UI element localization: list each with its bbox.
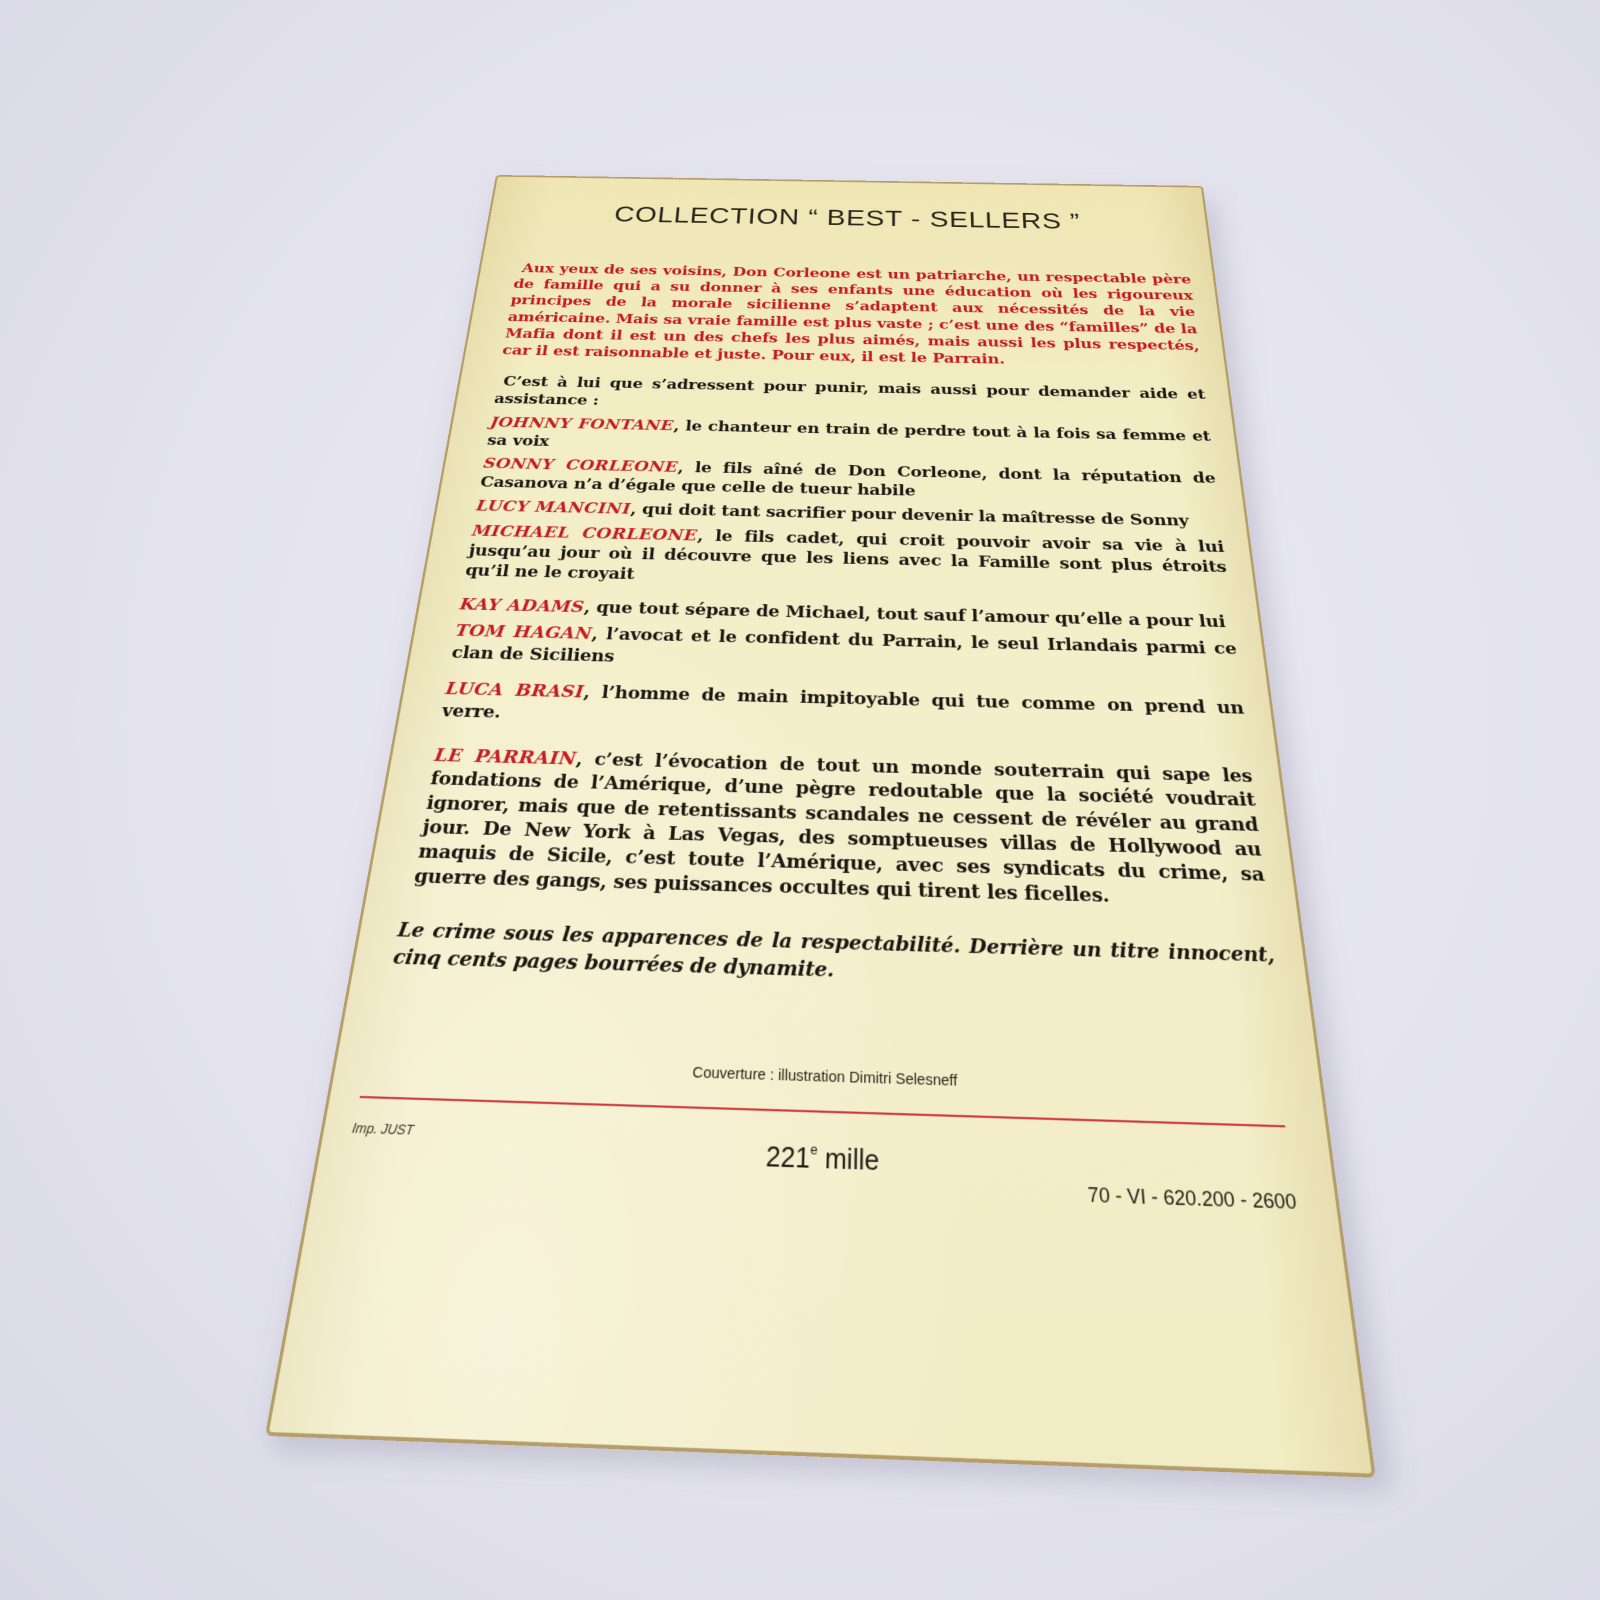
character-name: KAY ADAMS xyxy=(458,594,585,616)
character-name: LUCA BRASI xyxy=(444,678,585,702)
character-entry: LUCA BRASI, l’homme de main impitoyable … xyxy=(440,677,1247,742)
character-name: TOM HAGAN xyxy=(454,620,593,643)
printing-number: 221e mille xyxy=(319,1125,1335,1193)
character-entry: MICHAEL CORLEONE, le fils cadet, qui cro… xyxy=(464,520,1230,597)
book-back-cover: COLLECTION “ BEST - SELLERS ” Aux yeux d… xyxy=(265,175,1376,1478)
character-name: LUCY MANCINI xyxy=(475,497,632,518)
title-name: LE PARRAIN xyxy=(433,744,578,769)
parrain-desc: , c’est l’évocation de tout un monde sou… xyxy=(413,748,1266,907)
series-title: COLLECTION “ BEST - SELLERS ” xyxy=(489,201,1208,237)
intro-paragraph: Aux yeux de ses voisins, Don Corleone es… xyxy=(501,260,1202,372)
red-divider-line xyxy=(360,1096,1286,1128)
printing-suffix: e xyxy=(810,1141,818,1158)
blurb: Aux yeux de ses voisins, Don Corleone es… xyxy=(399,260,1279,996)
printing-count: 221 xyxy=(765,1140,810,1175)
character-name: JOHNNY FONTANE xyxy=(489,413,674,433)
character-list: JOHNNY FONTANE, le chanteur en train de … xyxy=(440,412,1247,741)
character-name: SONNY CORLEONE xyxy=(482,454,679,475)
parrain-paragraph: LE PARRAIN, c’est l’évocation de tout un… xyxy=(412,743,1268,912)
cover-credit: Couverture : illustration Dimitri Selesn… xyxy=(335,1053,1323,1102)
printing-word: mille xyxy=(824,1141,879,1176)
closing-tagline: Le crime sous les apparences de la respe… xyxy=(391,917,1279,996)
